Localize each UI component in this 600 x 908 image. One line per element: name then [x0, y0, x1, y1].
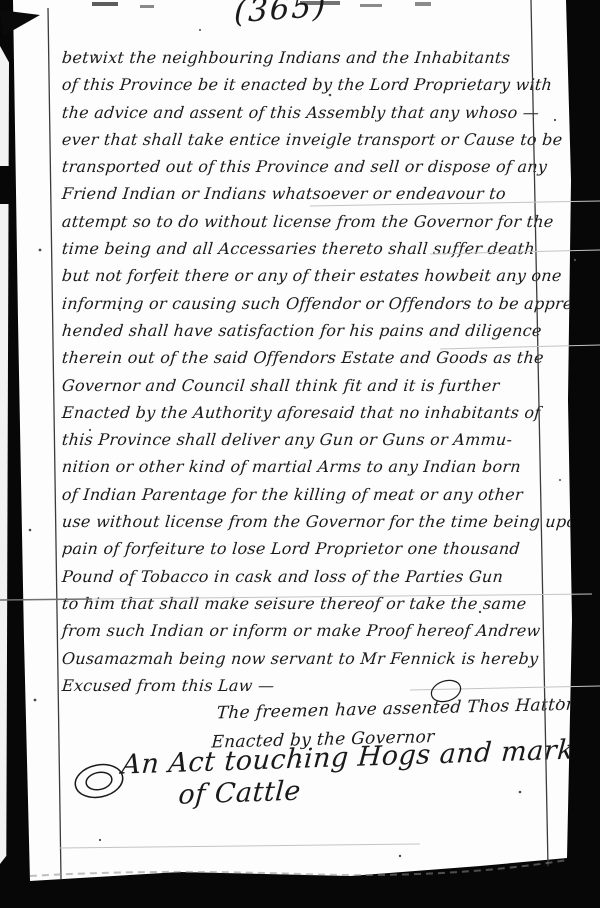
manuscript-line: Pound of Tobacco in cask and loss of the…: [61, 563, 568, 590]
manuscript-line: betwixt the neighbouring Indians and the…: [61, 44, 568, 71]
manuscript-line: therein out of the said Offendors Estate…: [61, 344, 568, 371]
manuscript-line: of Indian Parentage for the killing of m…: [61, 481, 568, 508]
manuscript-paper: (365) betwixt the neighbouring Indians a…: [0, 0, 600, 908]
manuscript-line: the advice and assent of this Assembly t…: [61, 99, 568, 126]
gutter-shadow: [0, 166, 10, 204]
manuscript-line: but not forfeit there or any of their es…: [61, 262, 568, 289]
manuscript-line: hended shall have satisfaction for his p…: [61, 317, 568, 344]
manuscript-line: pain of forfeiture to lose Lord Propriet…: [61, 535, 568, 562]
scanned-manuscript-page: (365) betwixt the neighbouring Indians a…: [0, 0, 600, 908]
manuscript-line: this Province shall deliver any Gun or G…: [61, 426, 568, 453]
manuscript-line: Ousamazmah being now servant to Mr Fenni…: [61, 645, 568, 672]
manuscript-line: use without license from the Governor fo…: [61, 508, 568, 535]
manuscript-line: Friend Indian or Indians whatsoever or e…: [61, 180, 568, 207]
manuscript-line: from such Indian or inform or make Proof…: [61, 617, 568, 644]
manuscript-line: transported out of this Province and sel…: [61, 153, 568, 180]
manuscript-body: betwixt the neighbouring Indians and the…: [62, 44, 567, 699]
page-number: (365): [233, 0, 327, 30]
manuscript-line: nition or other kind of martial Arms to …: [61, 453, 568, 480]
manuscript-line: time being and all Accessaries thereto s…: [61, 235, 568, 262]
manuscript-line: Governor and Council shall think fit and…: [61, 372, 568, 399]
manuscript-line: Enacted by the Authority aforesaid that …: [61, 399, 568, 426]
act-heading: An Act touching Hogs and marking of Catt…: [0, 734, 600, 817]
manuscript-line: informing or causing such Offendor or Of…: [61, 290, 568, 317]
manuscript-line: attempt so to do without license from th…: [61, 208, 568, 235]
manuscript-line: of this Province be it enacted by the Lo…: [61, 71, 568, 98]
manuscript-line: ever that shall take entice inveigle tra…: [61, 126, 568, 153]
manuscript-line: to him that shall make seisure thereof o…: [61, 590, 568, 617]
